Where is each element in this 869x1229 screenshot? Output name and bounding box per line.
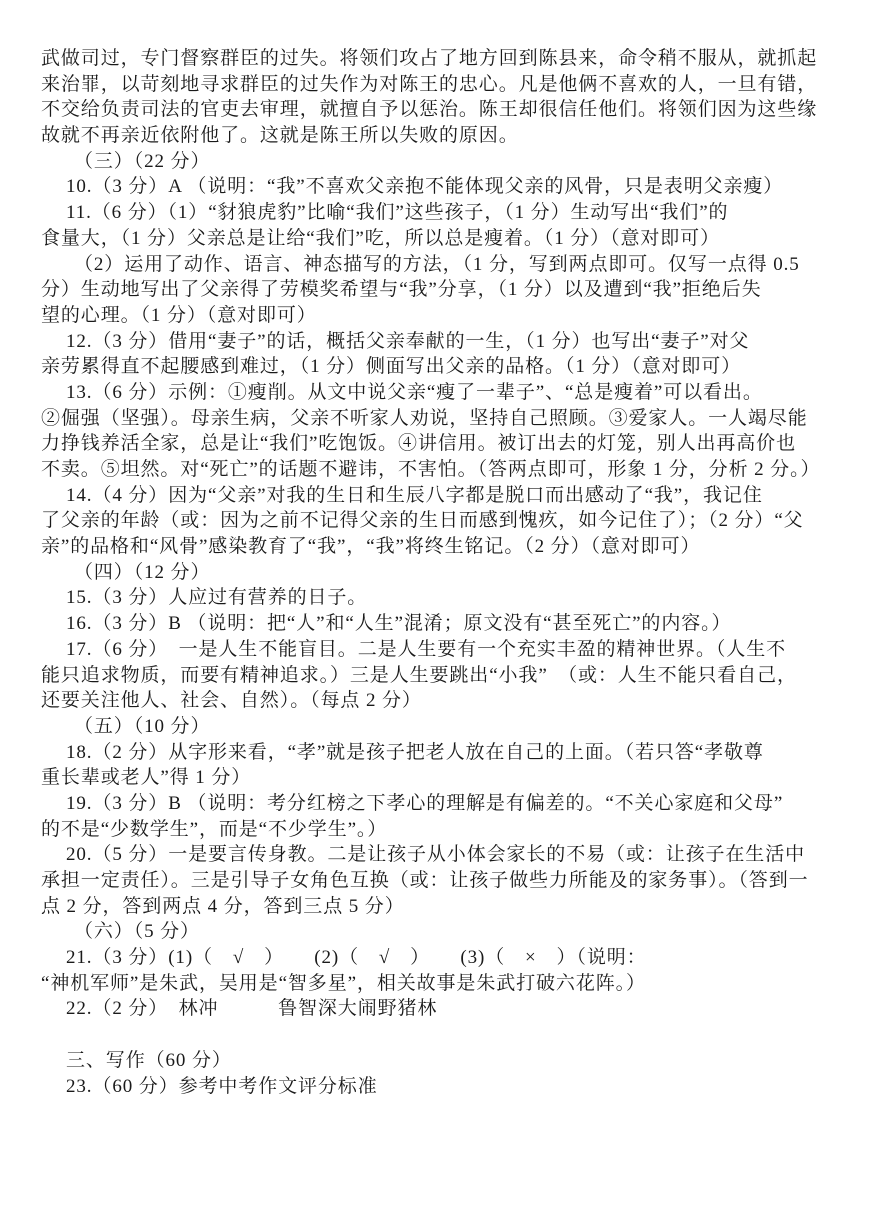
text-line: 能只追求物质，而要有精神追求。）三是人生要跳出“小我” （或：人生不能只看自己， xyxy=(41,663,841,689)
text-line: 故就不再亲近依附他了。这就是陈王所以失败的原因。 xyxy=(41,123,841,149)
text-line: 武做司过，专门督察群臣的过失。将领们攻占了地方回到陈县来，命令稍不服从，就抓起 xyxy=(41,46,841,72)
text-line: （2）运用了动作、语言、神态描写的方法，（1 分，写到两点即可。仅写一点得 0.… xyxy=(41,252,841,278)
text-line: 三、写作（60 分） xyxy=(41,1048,841,1074)
text-line: 亲”的品格和“风骨”感染教育了“我”，“我”将终生铭记。（2 分）（意对即可） xyxy=(41,534,841,560)
text-line: （四）（12 分） xyxy=(41,560,841,586)
text-line: 不交给负责司法的官吏去审理，就擅自予以惩治。陈王却很信任他们。将领们因为这些缘 xyxy=(41,97,841,123)
text-line: 力挣钱养活全家，总是让“我们”吃饱饭。④讲信用。被订出去的灯笼，别人出再高价也 xyxy=(41,431,841,457)
text-line: 13.（6 分）示例：①瘦削。从文中说父亲“瘦了一辈子”、“总是瘦着”可以看出。 xyxy=(41,380,841,406)
text-line: 了父亲的年龄（或：因为之前不记得父亲的生日而感到愧疚，如今记住了）；（2 分）“… xyxy=(41,508,841,534)
text-line: 承担一定责任）。三是引导子女角色互换（或：让孩子做些力所能及的家务事）。（答到一 xyxy=(41,868,841,894)
text-line: 还要关注他人、社会、自然）。（每点 2 分） xyxy=(41,688,841,714)
text-line: 17.（6 分） 一是人生不能盲目。二是人生要有一个充实丰盈的精神世界。（人生不 xyxy=(41,637,841,663)
text-line: 来治罪，以苛刻地寻求群臣的过失作为对陈王的忠心。凡是他俩不喜欢的人，一旦有错， xyxy=(41,72,841,98)
answer-key-text: 武做司过，专门督察群臣的过失。将领们攻占了地方回到陈县来，命令稍不服从，就抓起来… xyxy=(41,46,841,1099)
text-line: 18.（2 分）从字形来看，“孝”就是孩子把老人放在自己的上面。（若只答“孝敬尊 xyxy=(41,740,841,766)
text-line: 16.（3 分）B （说明：把“人”和“人生”混淆；原文没有“甚至死亡”的内容。… xyxy=(41,611,841,637)
text-line: 20.（5 分）一是要言传身教。二是让孩子从小体会家长的不易（或：让孩子在生活中 xyxy=(41,842,841,868)
text-line: 12.（3 分）借用“妻子”的话，概括父亲奉献的一生，（1 分）也写出“妻子”对… xyxy=(41,329,841,355)
text-line: 亲劳累得直不起腰感到难过，（1 分）侧面写出父亲的品格。（1 分）（意对即可） xyxy=(41,354,841,380)
text-line: 不卖。⑤坦然。对“死亡”的话题不避讳，不害怕。（答两点即可，形象 1 分，分析 … xyxy=(41,457,841,483)
text-line: 23.（60 分）参考中考作文评分标准 xyxy=(41,1074,841,1100)
text-line: 22.（2 分） 林冲 鲁智深大闹野猪林 xyxy=(41,996,841,1022)
text-line: 重长辈或老人”得 1 分） xyxy=(41,765,841,791)
text-line: 11.（6 分）（1）“豺狼虎豹”比喻“我们”这些孩子，（1 分）生动写出“我们… xyxy=(41,200,841,226)
text-line: “神机军师”是朱武，吴用是“智多星”，相关故事是朱武打破六花阵。） xyxy=(41,971,841,997)
text-line: （三）（22 分） xyxy=(41,149,841,175)
text-line: 的不是“少数学生”，而是“不少学生”。） xyxy=(41,817,841,843)
text-line xyxy=(41,1022,841,1048)
text-line: ②倔强（坚强）。母亲生病，父亲不听家人劝说，坚持自己照顾。③爱家人。一人竭尽能 xyxy=(41,406,841,432)
document-page: 武做司过，专门督察群臣的过失。将领们攻占了地方回到陈县来，命令稍不服从，就抓起来… xyxy=(0,0,869,1229)
text-line: 点 2 分，答到两点 4 分，答到三点 5 分） xyxy=(41,894,841,920)
text-line: 19.（3 分）B （说明：考分红榜之下孝心的理解是有偏差的。“不关心家庭和父母… xyxy=(41,791,841,817)
text-line: 14.（4 分）因为“父亲”对我的生日和生辰八字都是脱口而出感动了“我”，我记住 xyxy=(41,483,841,509)
text-line: 分）生动地写出了父亲得了劳模奖希望与“我”分享，（1 分）以及遭到“我”拒绝后失 xyxy=(41,277,841,303)
text-line: 望的心理。（1 分）（意对即可） xyxy=(41,303,841,329)
text-line: （五）（10 分） xyxy=(41,714,841,740)
text-line: 食量大，（1 分）父亲总是让给“我们”吃，所以总是瘦着。（1 分）（意对即可） xyxy=(41,226,841,252)
text-line: （六）（5 分） xyxy=(41,919,841,945)
text-line: 21.（3 分）(1)（ √ ） (2)（ √ ） (3)（ × ）（说明： xyxy=(41,945,841,971)
text-line: 10.（3 分）A （说明：“我”不喜欢父亲抱不能体现父亲的风骨，只是表明父亲瘦… xyxy=(41,174,841,200)
text-line: 15.（3 分）人应过有营养的日子。 xyxy=(41,585,841,611)
